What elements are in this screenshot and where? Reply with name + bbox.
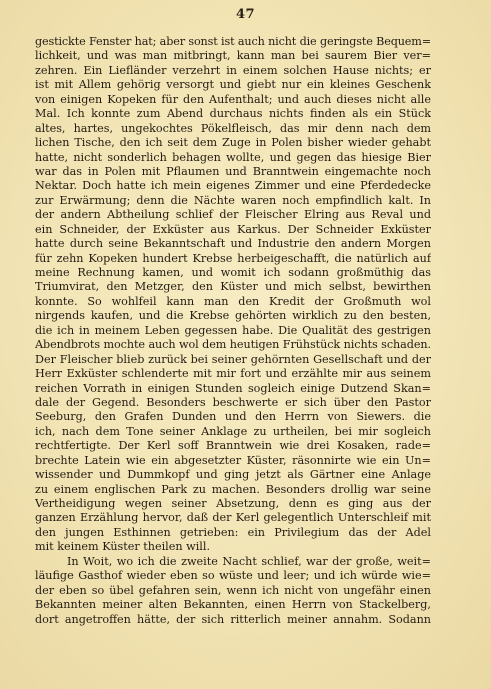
text-line: dale der Gegend. Besonders beschwerte er… xyxy=(35,396,431,410)
text-line: zehren. Ein Liefländer verzehrt in einem… xyxy=(35,64,431,78)
body-text: gestickte Fenster hat; aber sonst ist au… xyxy=(35,35,431,627)
text-line: Der Fleischer blieb zurück bei seiner ge… xyxy=(35,353,431,367)
text-line: nirgends kaufen, und die Krebse gehörten… xyxy=(35,309,431,323)
text-line: Mal. Ich konnte zum Abend durchaus nicht… xyxy=(35,107,431,121)
text-line: wissender und Dummkopf und ging jetzt al… xyxy=(35,468,431,482)
text-line: rechtfertigte. Der Kerl soff Branntwein … xyxy=(35,439,431,453)
paragraph-start-line: In Woit, wo ich die zweite Nacht schlief… xyxy=(35,555,431,569)
text-line: zu einem englischen Park zu machen. Beso… xyxy=(35,483,431,497)
text-line: ist mit Allem gehörig versorgt und giebt… xyxy=(35,78,431,92)
text-line: ein Schneider, der Exküster aus Karkus. … xyxy=(35,223,431,237)
text-line: Triumvirat, den Metzger, den Küster und … xyxy=(35,280,431,294)
page-number: 47 xyxy=(0,7,491,22)
text-line: reichen Vorrath in einigen Stunden sogle… xyxy=(35,382,431,396)
paragraph-end-line: mit keinem Küster theilen will. xyxy=(35,540,431,554)
text-line: lichen Tische, den ich seit dem Zuge in … xyxy=(35,136,431,150)
text-line: Herr Exküster schlenderte mit mir fort u… xyxy=(35,367,431,381)
text-line: war das in Polen mit Pflaumen und Brannt… xyxy=(35,165,431,179)
text-line: die ich in meinem Leben gegessen habe. D… xyxy=(35,324,431,338)
text-line: von einigen Kopeken für den Aufenthalt; … xyxy=(35,93,431,107)
text-line: gestickte Fenster hat; aber sonst ist au… xyxy=(35,35,431,49)
text-line: für zehn Kopeken hundert Krebse herbeige… xyxy=(35,252,431,266)
text-line: Nektar. Doch hatte ich mein eigenes Zimm… xyxy=(35,179,431,193)
text-line: Seeburg, den Grafen Dunden und den Herrn… xyxy=(35,410,431,424)
text-line: den jungen Esthinnen getrieben: ein Priv… xyxy=(35,526,431,540)
text-line: hatte, nicht sonderlich behagen wollte, … xyxy=(35,151,431,165)
book-page: 47 gestickte Fenster hat; aber sonst ist… xyxy=(0,0,491,689)
text-line: hatte durch seine Bekanntschaft und Indu… xyxy=(35,237,431,251)
text-line: läufige Gasthof wieder eben so wüste und… xyxy=(35,569,431,583)
text-line: zur Erwärmung; denn die Nächte waren noc… xyxy=(35,194,431,208)
text-line: Bekannten meiner alten Bekannten, einen … xyxy=(35,598,431,612)
text-line: konnte. So wohlfeil kann man den Kredit … xyxy=(35,295,431,309)
text-line: Abendbrots mochte auch wol dem heutigen … xyxy=(35,338,431,352)
text-line: dort angetroffen hätte, der sich ritterl… xyxy=(35,613,431,627)
text-line: lichkeit, und was man mitbringt, kann ma… xyxy=(35,49,431,63)
text-line: ganzen Erzählung hervor, daß der Kerl ge… xyxy=(35,511,431,525)
text-line: ich, nach dem Tone seiner Anklage zu urt… xyxy=(35,425,431,439)
text-line: der eben so übel gefahren sein, wenn ich… xyxy=(35,584,431,598)
text-line: altes, hartes, ungekochtes Pökelfleisch,… xyxy=(35,122,431,136)
text-line: brechte Latein wie ein abgesetzter Küste… xyxy=(35,454,431,468)
text-line: Vertheidigung wegen seiner Absetzung, de… xyxy=(35,497,431,511)
text-line: der andern Abtheilung schlief der Fleisc… xyxy=(35,208,431,222)
text-line: meine Rechnung kamen, und womit ich soda… xyxy=(35,266,431,280)
